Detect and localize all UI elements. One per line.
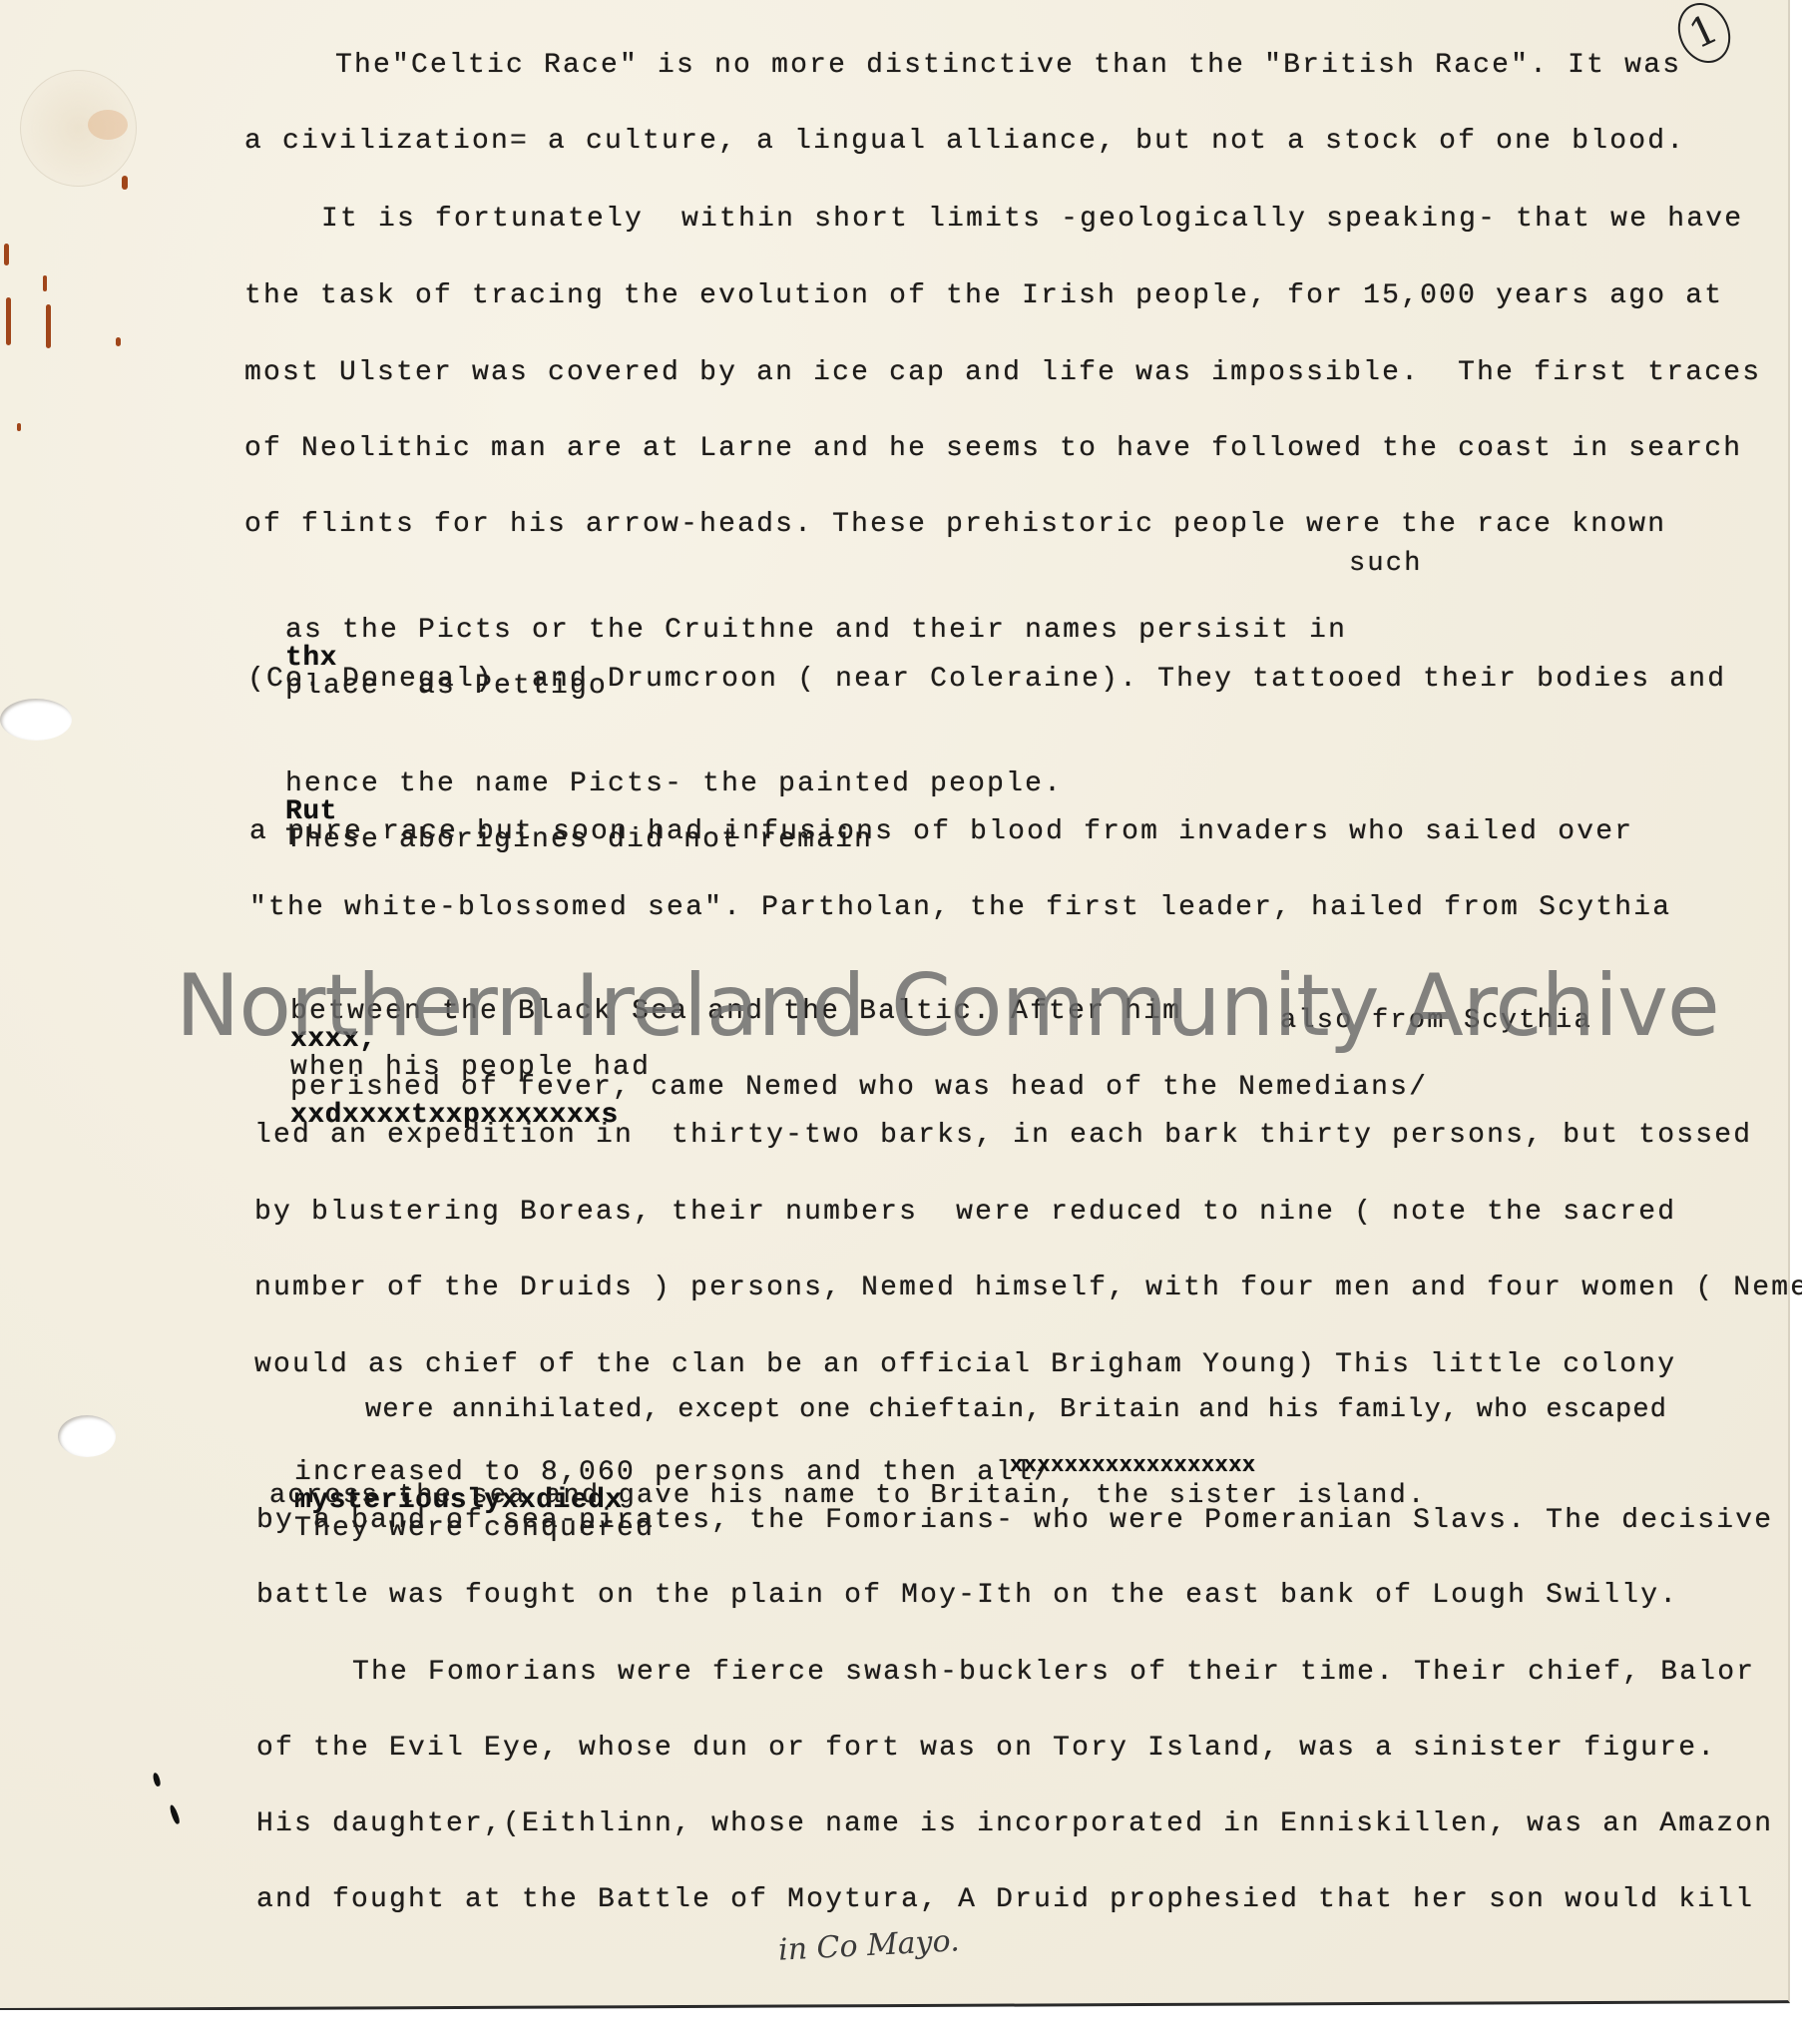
text-line: would as chief of the clan be an officia… — [254, 1351, 1676, 1379]
binder-hole — [58, 1415, 116, 1457]
struck-out-text: xxxxxxxxxxxxxxxxxx — [1010, 1455, 1256, 1477]
text-line: of flints for his arrow-heads. These pre… — [244, 511, 1666, 539]
binder-hole — [0, 699, 72, 741]
text-line: The"Celtic Race" is no more distinctive … — [335, 52, 1681, 80]
text-line: (Co. Donegal) and Drumcroon ( near Coler… — [247, 666, 1726, 694]
rust-mark — [116, 337, 121, 346]
scan-border — [0, 2010, 1802, 2044]
rust-mark — [46, 304, 51, 348]
text-segment: hence the name Picts- the painted people… — [285, 768, 1063, 799]
archive-watermark: Northern Ireland Community Archive — [176, 963, 1719, 1049]
typed-insertion: such — [1349, 551, 1423, 578]
rust-mark — [122, 176, 128, 190]
text-line: most Ulster was covered by an ice cap an… — [244, 359, 1761, 387]
text-line: The Fomorians were fierce swash-bucklers… — [352, 1659, 1755, 1687]
text-line: by blustering Boreas, their numbers were… — [254, 1199, 1676, 1227]
rust-mark — [43, 275, 47, 291]
text-line: of Neolithic man are at Larne and he see… — [244, 435, 1742, 463]
rust-stain — [88, 110, 128, 140]
text-line: and fought at the Battle of Moytura, A D… — [256, 1886, 1754, 1914]
text-line: number of the Druids ) persons, Nemed hi… — [254, 1275, 1802, 1302]
rust-mark — [17, 423, 21, 431]
text-line: the task of tracing the evolution of the… — [244, 282, 1723, 310]
text-line: of the Evil Eye, whose dun or fort was o… — [256, 1735, 1716, 1763]
text-segment: as the Picts or the Cruithne and their n… — [285, 615, 1347, 646]
text-line: "the white-blossomed sea". Partholan, th… — [249, 894, 1671, 922]
text-line: by a band of sea-pirates, the Fomorians-… — [256, 1507, 1773, 1535]
text-line: It is fortunately within short limits -g… — [321, 206, 1743, 234]
typed-insertion: were annihilated, except one chieftain, … — [365, 1397, 1667, 1424]
text-line: His daughter,(Eithlinn, whose name is in… — [256, 1810, 1773, 1838]
text-segment: perished of fever, came Nemed who was he… — [290, 1072, 1428, 1103]
text-line: a civilization= a culture, a lingual all… — [244, 128, 1685, 156]
text-line: battle was fought on the plain of Moy-It… — [256, 1582, 1678, 1610]
rust-mark — [6, 297, 11, 345]
rust-mark — [4, 244, 9, 265]
text-line: a pure race but soon had infusions of bl… — [249, 818, 1633, 846]
text-line: led an expedition in thirty-two barks, i… — [254, 1122, 1752, 1150]
text-line: perished of fever, came Nemed who was he… — [252, 1046, 1428, 1130]
